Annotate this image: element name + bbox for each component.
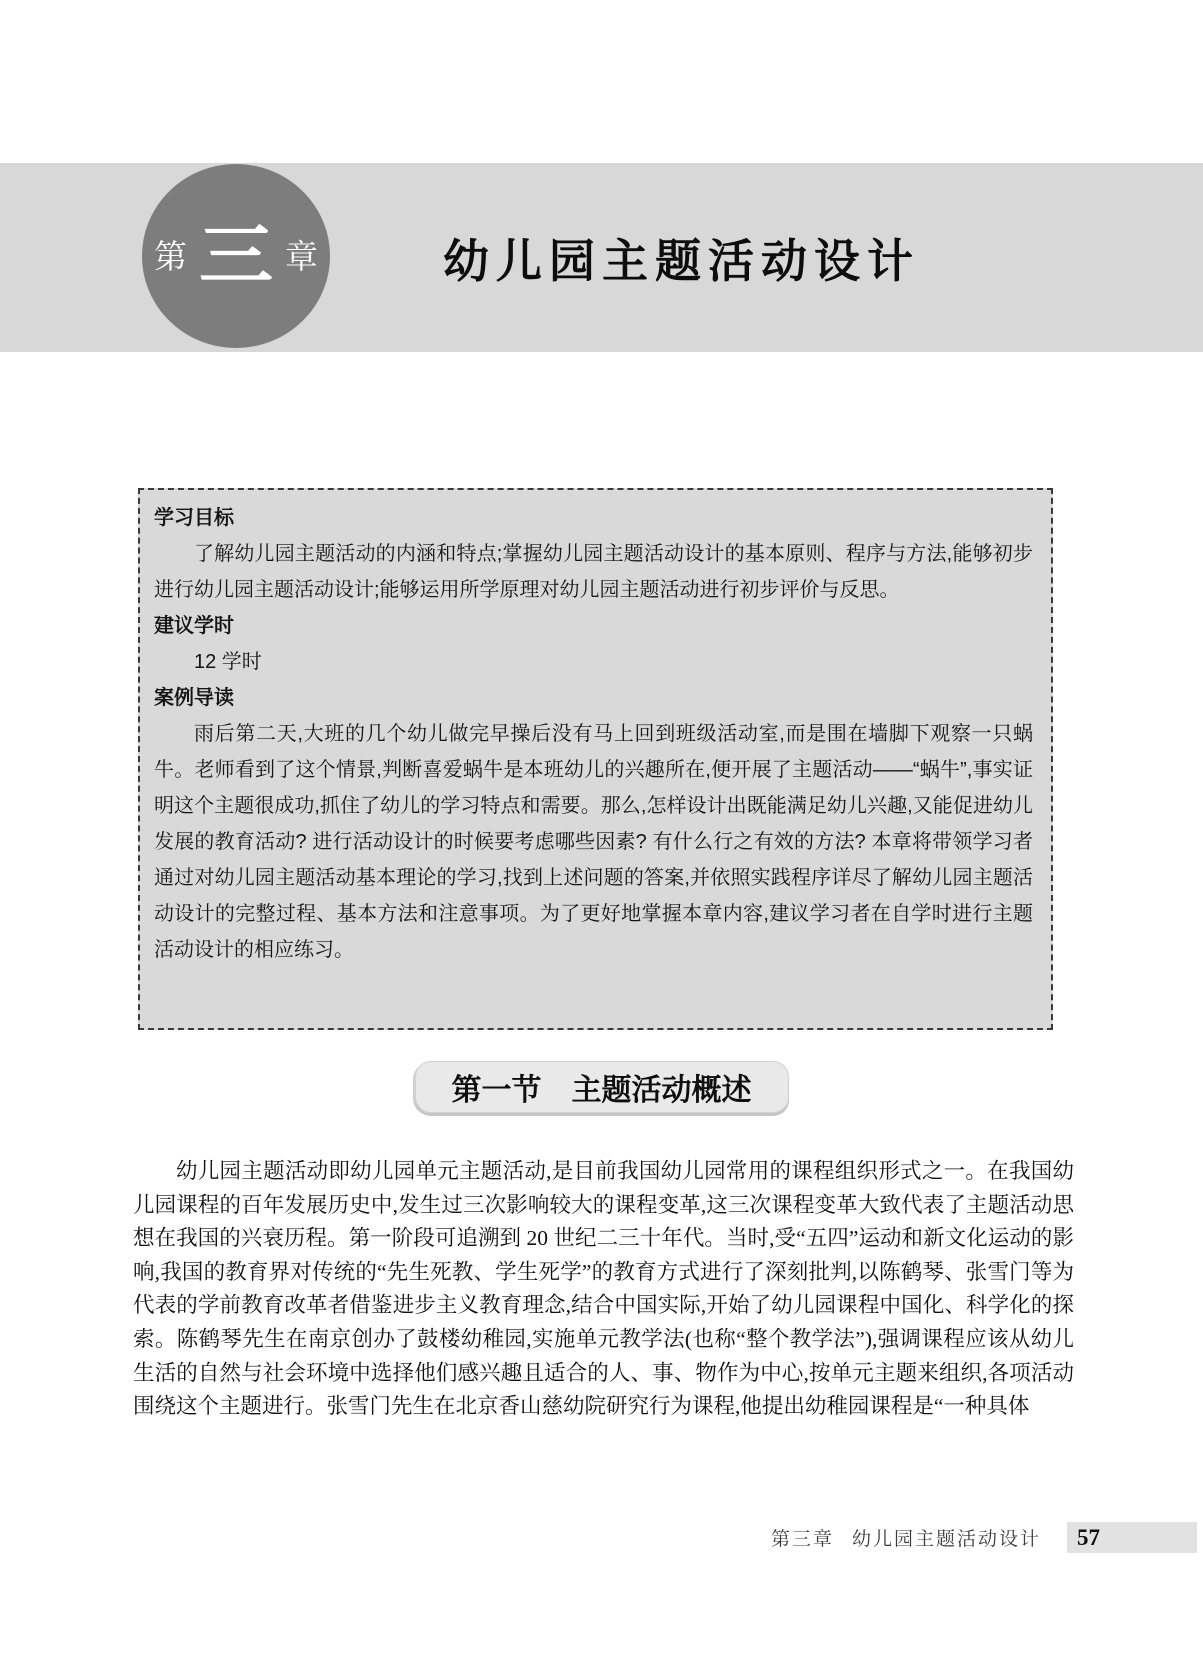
page-number-box: 57 — [1067, 1522, 1197, 1553]
chapter-number-circle: 第 三 章 — [142, 164, 330, 348]
chapter-title: 幼儿园主题活动设计 — [443, 163, 920, 352]
chapter-suffix-label: 章 — [285, 240, 318, 273]
suggested-hours-value: 12 学时 — [154, 644, 1033, 680]
page-footer: 第三章 幼儿园主题活动设计 57 — [771, 1522, 1197, 1553]
page-number: 57 — [1077, 1525, 1100, 1551]
objectives-paragraph: 了解幼儿园主题活动的内涵和特点;掌握幼儿园主题活动设计的基本原则、程序与方法,能… — [154, 536, 1033, 608]
chapter-number-label: 三 — [199, 222, 273, 290]
footer-chapter-title: 幼儿园主题活动设计 — [852, 1524, 1041, 1551]
footer-chapter-label: 第三章 — [771, 1524, 834, 1551]
suggested-hours-heading: 建议学时 — [154, 608, 1033, 644]
chapter-prefix-label: 第 — [154, 240, 187, 273]
case-intro-paragraph: 雨后第二天,大班的几个幼儿做完早操后没有马上回到班级活动室,而是围在墙脚下观察一… — [154, 716, 1033, 968]
body-paragraph: 幼儿园主题活动即幼儿园单元主题活动,是目前我国幼儿园常用的课程组织形式之一。在我… — [133, 1155, 1074, 1424]
learning-objectives-box: 学习目标 了解幼儿园主题活动的内涵和特点;掌握幼儿园主题活动设计的基本原则、程序… — [138, 488, 1053, 1030]
case-intro-heading: 案例导读 — [154, 680, 1033, 716]
objectives-heading: 学习目标 — [154, 500, 1033, 536]
section-header-pill: 第一节 主题活动概述 — [415, 1061, 789, 1113]
textbook-page: 第 三 章 幼儿园主题活动设计 学习目标 了解幼儿园主题活动的内涵和特点;掌握幼… — [0, 0, 1203, 1675]
section-name: 主题活动概述 — [572, 1065, 752, 1109]
section-number: 第一节 — [452, 1065, 542, 1109]
